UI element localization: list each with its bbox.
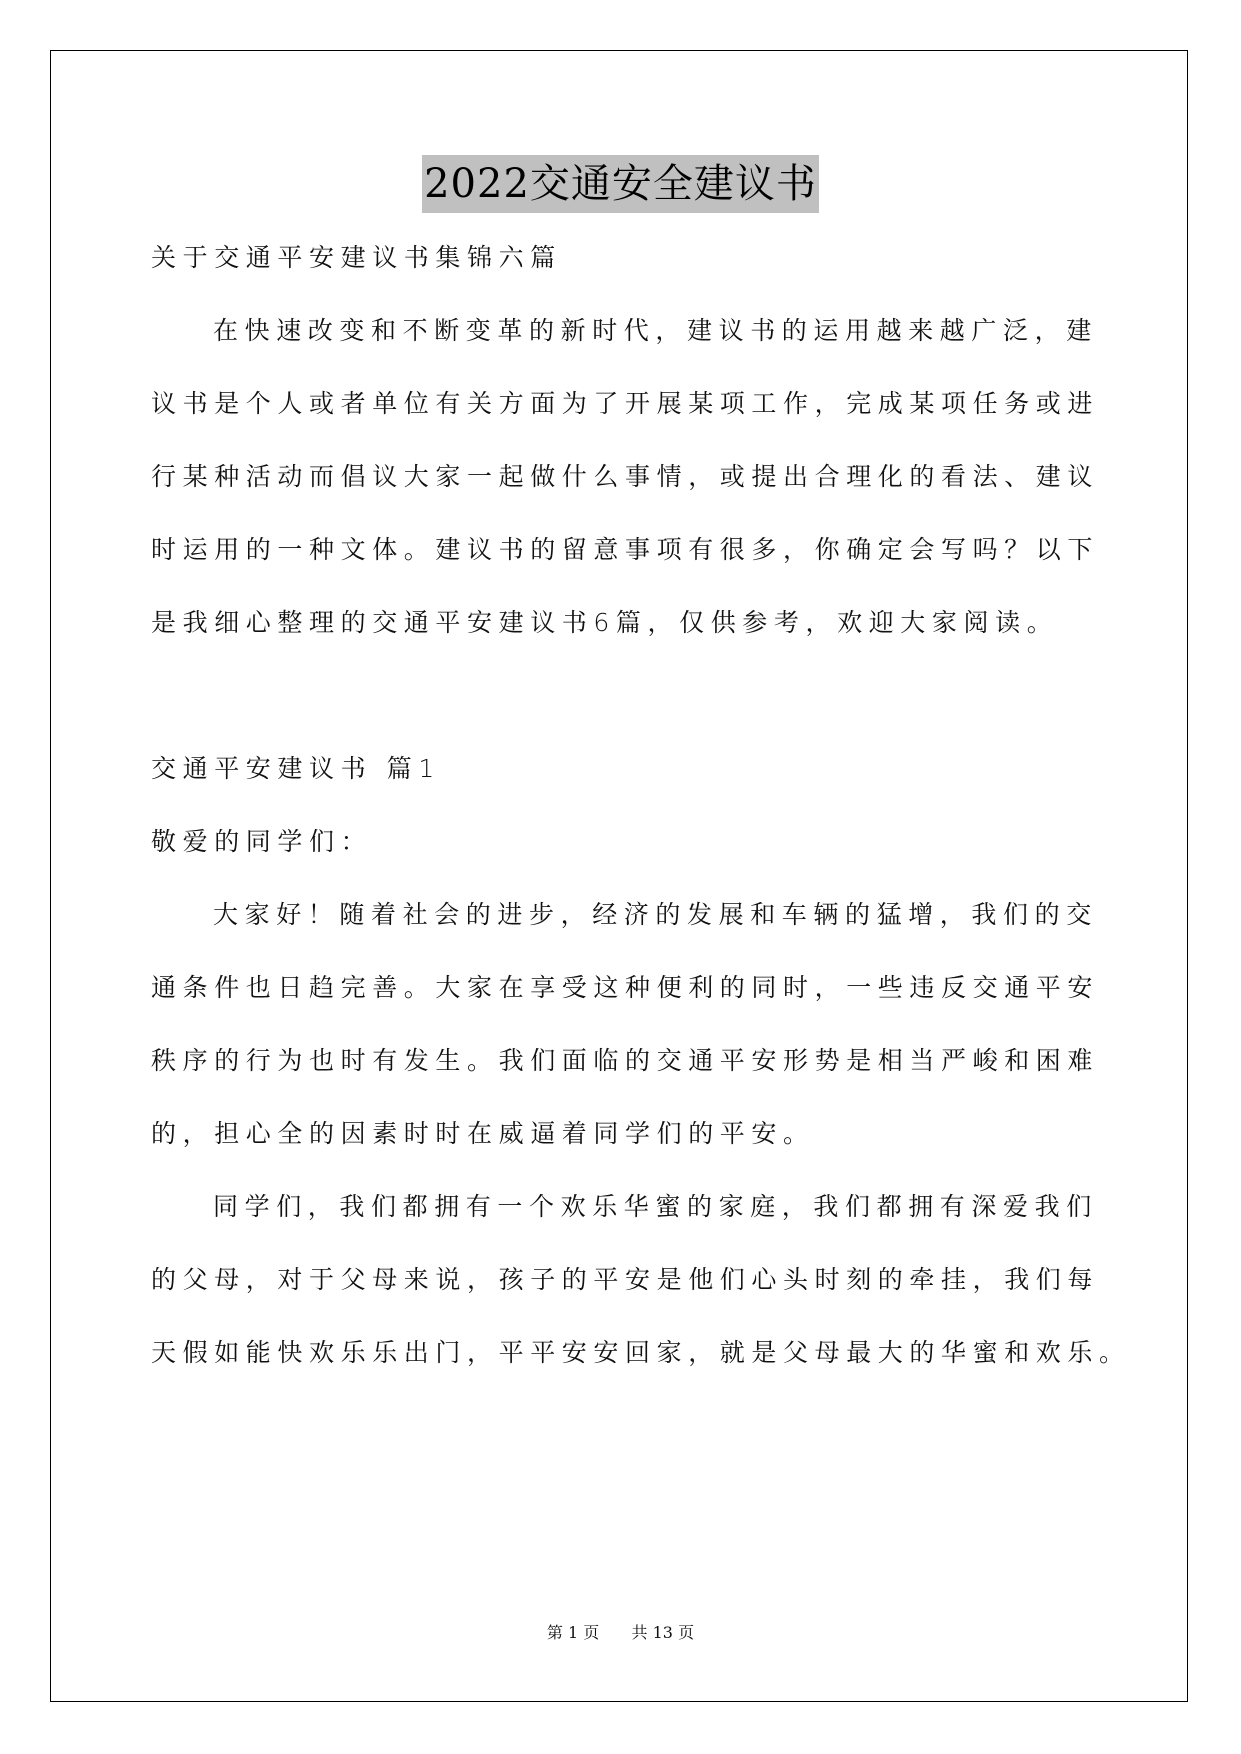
paragraph-line: 秩序的行为也时有发生。我们面临的交通平安形势是相当严峻和困难 xyxy=(151,1043,1091,1079)
section-heading: 交通平安建议书 篇1 xyxy=(151,751,1091,787)
paragraph-line: 的父母，对于父母来说，孩子的平安是他们心头时刻的牵挂，我们每 xyxy=(151,1262,1091,1298)
paragraph-line: 大家好！随着社会的进步，经济的发展和车辆的猛增，我们的交 xyxy=(213,897,1153,933)
salutation: 敬爱的同学们： xyxy=(151,824,1091,860)
intro-line: 是我细心整理的交通平安建议书6篇，仅供参考，欢迎大家阅读。 xyxy=(151,605,1091,641)
page-label-suffix: 页 xyxy=(583,1622,599,1644)
current-page-number: 1 xyxy=(568,1622,578,1644)
intro-line: 议书是个人或者单位有关方面为了开展某项工作，完成某项任务或进 xyxy=(151,386,1091,422)
title-container: 2022交通安全建议书 xyxy=(0,155,1241,213)
total-label-prefix: 共 xyxy=(632,1622,648,1644)
page-footer: 第 1 页 共 13 页 xyxy=(0,1622,1241,1644)
document-subtitle: 关于交通平安建议书集锦六篇 xyxy=(151,240,1091,276)
paragraph-line: 天假如能快欢乐乐出门，平平安安回家，就是父母最大的华蜜和欢乐。 xyxy=(151,1335,1091,1371)
paragraph-line: 通条件也日趋完善。大家在享受这种便利的同时，一些违反交通平安 xyxy=(151,970,1091,1006)
page-label-prefix: 第 xyxy=(547,1622,563,1644)
total-pages-number: 13 xyxy=(653,1622,673,1644)
paragraph-line: 同学们，我们都拥有一个欢乐华蜜的家庭，我们都拥有深爱我们 xyxy=(213,1189,1153,1225)
page-border xyxy=(50,50,1188,1702)
intro-line: 时运用的一种文体。建议书的留意事项有很多，你确定会写吗？以下 xyxy=(151,532,1091,568)
total-label-suffix: 页 xyxy=(678,1622,694,1644)
paragraph-line: 的，担心全的因素时时在威逼着同学们的平安。 xyxy=(151,1116,1091,1152)
intro-line: 行某种活动而倡议大家一起做什么事情，或提出合理化的看法、建议 xyxy=(151,459,1091,495)
document-title: 2022交通安全建议书 xyxy=(422,155,819,213)
intro-line: 在快速改变和不断变革的新时代，建议书的运用越来越广泛，建 xyxy=(213,313,1153,349)
